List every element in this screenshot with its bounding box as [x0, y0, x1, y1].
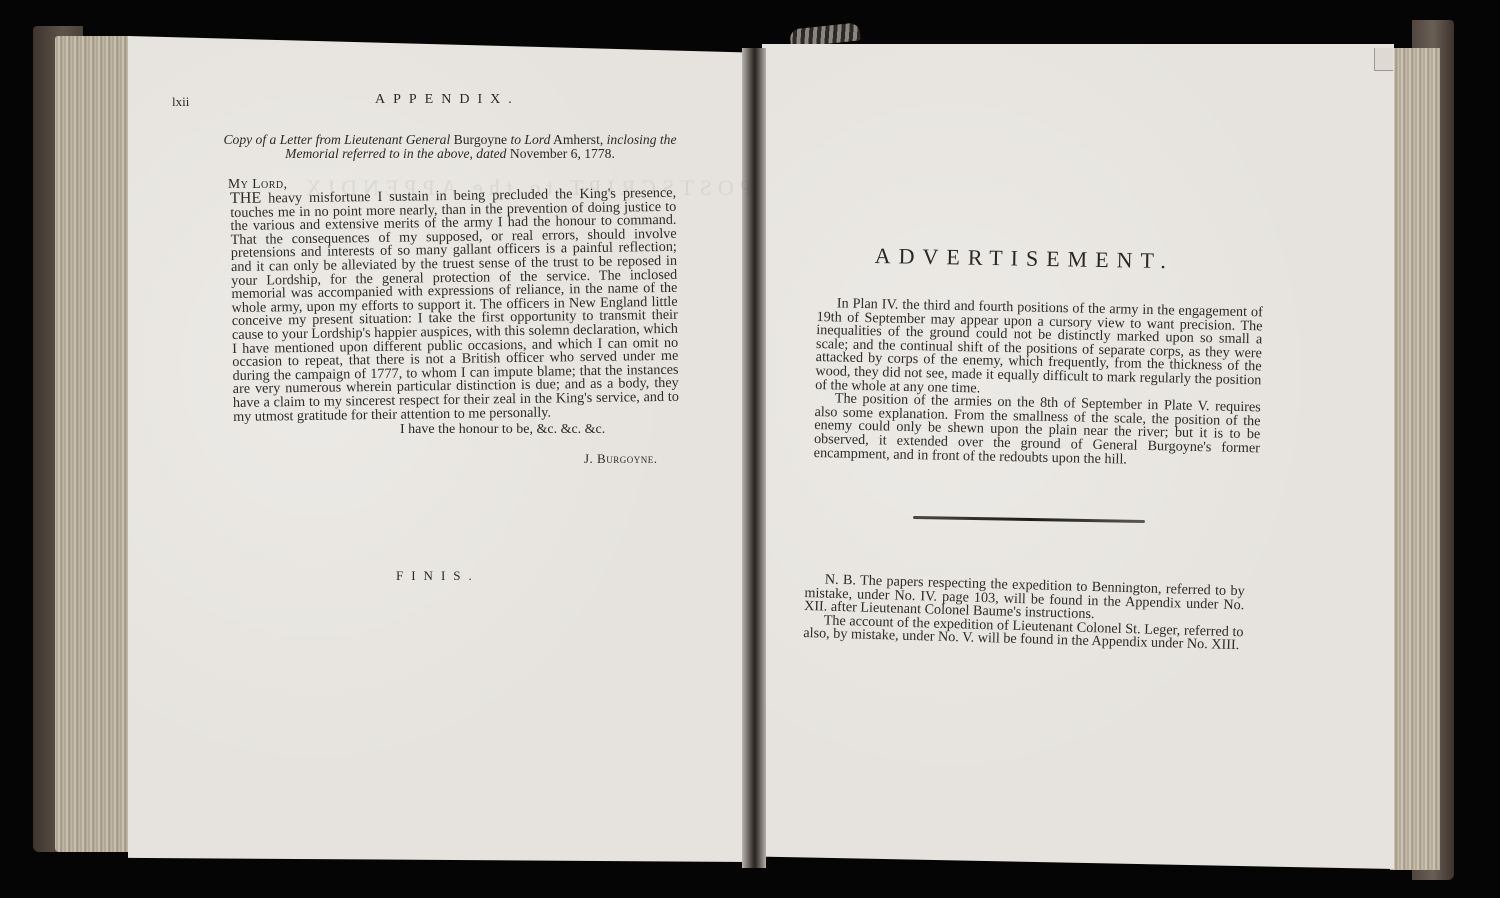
caption-italic-1: Copy of a Letter from Lieutenant General: [223, 132, 450, 147]
page-number: lxii: [172, 94, 189, 110]
advertisement-title: ADVERTISEMENT.: [875, 243, 1175, 274]
book-gutter: [742, 48, 766, 868]
advertisement-paragraph: The position of the armies on the 8th of…: [814, 392, 1261, 469]
page-edges-left: [55, 36, 130, 852]
caption-italic-2: to Lord: [510, 132, 550, 147]
signature: J. Burgoyne.: [584, 451, 657, 467]
advertisement-paragraph: In Plan IV. the third and fourth positio…: [815, 297, 1263, 401]
nota-bene: N. B. The papers respecting the expediti…: [803, 573, 1245, 653]
folded-corner: [1374, 48, 1393, 71]
letter-text: heavy misfortune I sustain in being prec…: [230, 185, 679, 425]
open-book: POSTSCRIPT to the APPENDIX lxii APPENDIX…: [0, 0, 1500, 898]
advertisement-body: In Plan IV. the third and fourth positio…: [814, 297, 1263, 469]
page-edges-right: [1390, 48, 1440, 870]
caption-roman-3: November 6, 1778.: [510, 146, 615, 161]
letter-closing: I have the honour to be, &c. &c. &c.: [400, 422, 605, 438]
caption-roman-1: Burgoyne: [454, 132, 507, 147]
letter-body: THE heavy misfortune I sustain in being …: [230, 186, 679, 424]
letter-caption: Copy of a Letter from Lieutenant General…: [210, 133, 690, 161]
finis: FINIS.: [396, 568, 480, 584]
bookmark-ribbon: [789, 22, 860, 47]
caption-roman-2: Amherst,: [553, 132, 603, 147]
running-head: APPENDIX.: [375, 92, 520, 108]
